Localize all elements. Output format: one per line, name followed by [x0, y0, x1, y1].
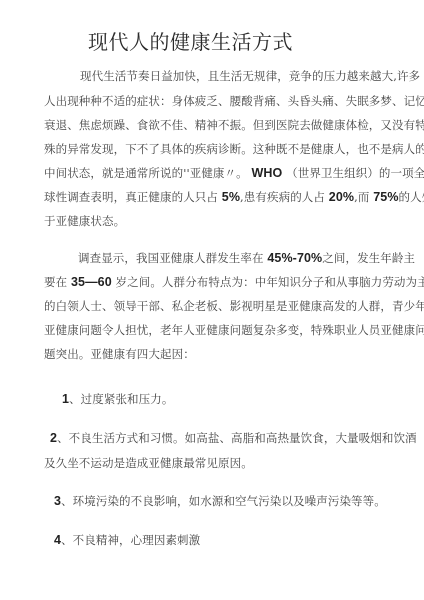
- text-segment: 球性调查表明，真正健康的人只占: [44, 190, 222, 204]
- cause-item-1: 1、过度紧张和压力。: [62, 391, 173, 407]
- paragraph-1-line-6: 球性调查表明，真正健康的人只占 5%,患有疾病的人占 20%,而 75%的人处: [44, 189, 424, 205]
- cause-number: 3: [54, 494, 61, 508]
- paragraph-1-line-3: 衰退、焦虑烦躁、食欲不佳、精神不振。但到医院去做健康体检，又没有特: [44, 117, 424, 133]
- text-segment: 调查显示，我国亚健康人群发生率在: [78, 251, 267, 265]
- cause-item-4: 4、不良精神，心理因素刺激: [54, 532, 200, 548]
- paragraph-1-line-5: 中间状态，就是通常所说的''亚健康〃。 WHO （世界卫生组织）的一项全: [44, 165, 424, 181]
- paragraph-2-line-4: 亚健康问题令人担忧，老年人亚健康问题复杂多变，特殊职业人员亚健康问: [44, 322, 424, 338]
- cause-number: 1: [62, 392, 69, 406]
- paragraph-1-line-4: 殊的异常发现，下不了具体的疾病诊断。这种既不是健康人，也不是病人的: [44, 141, 424, 157]
- cause-item-3: 3、环境污染的不良影响，如水源和空气污染以及噪声污染等等。: [54, 493, 386, 509]
- text-segment: 中间状态，就是通常所说的''亚健康〃。: [44, 166, 248, 180]
- paragraph-2-line-5: 题突出。亚健康有四大起因：: [44, 346, 195, 362]
- document-title: 现代人的健康生活方式: [88, 26, 293, 55]
- stat-healthy: 5%: [222, 190, 240, 204]
- cause-number: 4: [54, 533, 61, 547]
- cause-text: 、过度紧张和压力。: [69, 392, 173, 406]
- cause-number: 2: [50, 431, 57, 445]
- paragraph-1-line-1: 现代生活节奏日益加快，且生活无规律，竞争的压力越来越大,许多: [80, 68, 420, 84]
- document-page: 现代人的健康生活方式 现代生活节奏日益加快，且生活无规律，竞争的压力越来越大,许…: [0, 0, 424, 600]
- who-label: WHO: [252, 166, 283, 180]
- text-segment: 之间，发生年龄主: [322, 251, 415, 265]
- cause-text: 、环境污染的不良影响，如水源和空气污染以及噪声污染等等。: [61, 494, 386, 508]
- paragraph-1-line-2: 人出现种种不适的症状：身体疲乏、腰酸背痛、头昏头痛、失眠多梦、记忆: [44, 93, 424, 109]
- paragraph-1-line-7: 于亚健康状态。: [44, 213, 125, 229]
- incidence-rate: 45%-70%: [267, 251, 322, 265]
- cause-item-2-continued: 及久坐不运动是造成亚健康最常见原因。: [44, 455, 253, 471]
- text-segment: （世界卫生组织）的一项全: [286, 166, 424, 180]
- stat-sub-healthy: 75%: [373, 190, 398, 204]
- paragraph-2-line-1: 调查显示，我国亚健康人群发生率在 45%-70%之间，发生年龄主: [78, 250, 415, 266]
- cause-text: 、不良生活方式和习惯。如高盐、高脂和高热量饮食，大量吸烟和饮酒: [57, 431, 417, 445]
- text-segment: 的人处: [399, 190, 424, 204]
- age-range: 35—60: [71, 275, 112, 289]
- text-segment: 要在: [44, 275, 71, 289]
- stat-ill: 20%: [329, 190, 354, 204]
- paragraph-2-line-3: 的白领人士、领导干部、私企老板、影视明星是亚健康高发的人群，青少年: [44, 298, 424, 314]
- text-segment: ,患有疾病的人占: [240, 190, 329, 204]
- text-segment: 岁之间。人群分布特点为：中年知识分子和从事脑力劳动为主: [112, 275, 424, 289]
- cause-item-2: 2、不良生活方式和习惯。如高盐、高脂和高热量饮食，大量吸烟和饮酒: [50, 430, 417, 446]
- paragraph-2-line-2: 要在 35—60 岁之间。人群分布特点为：中年知识分子和从事脑力劳动为主: [44, 274, 424, 290]
- cause-text: 、不良精神，心理因素刺激: [61, 533, 200, 547]
- text-segment: ,而: [354, 190, 373, 204]
